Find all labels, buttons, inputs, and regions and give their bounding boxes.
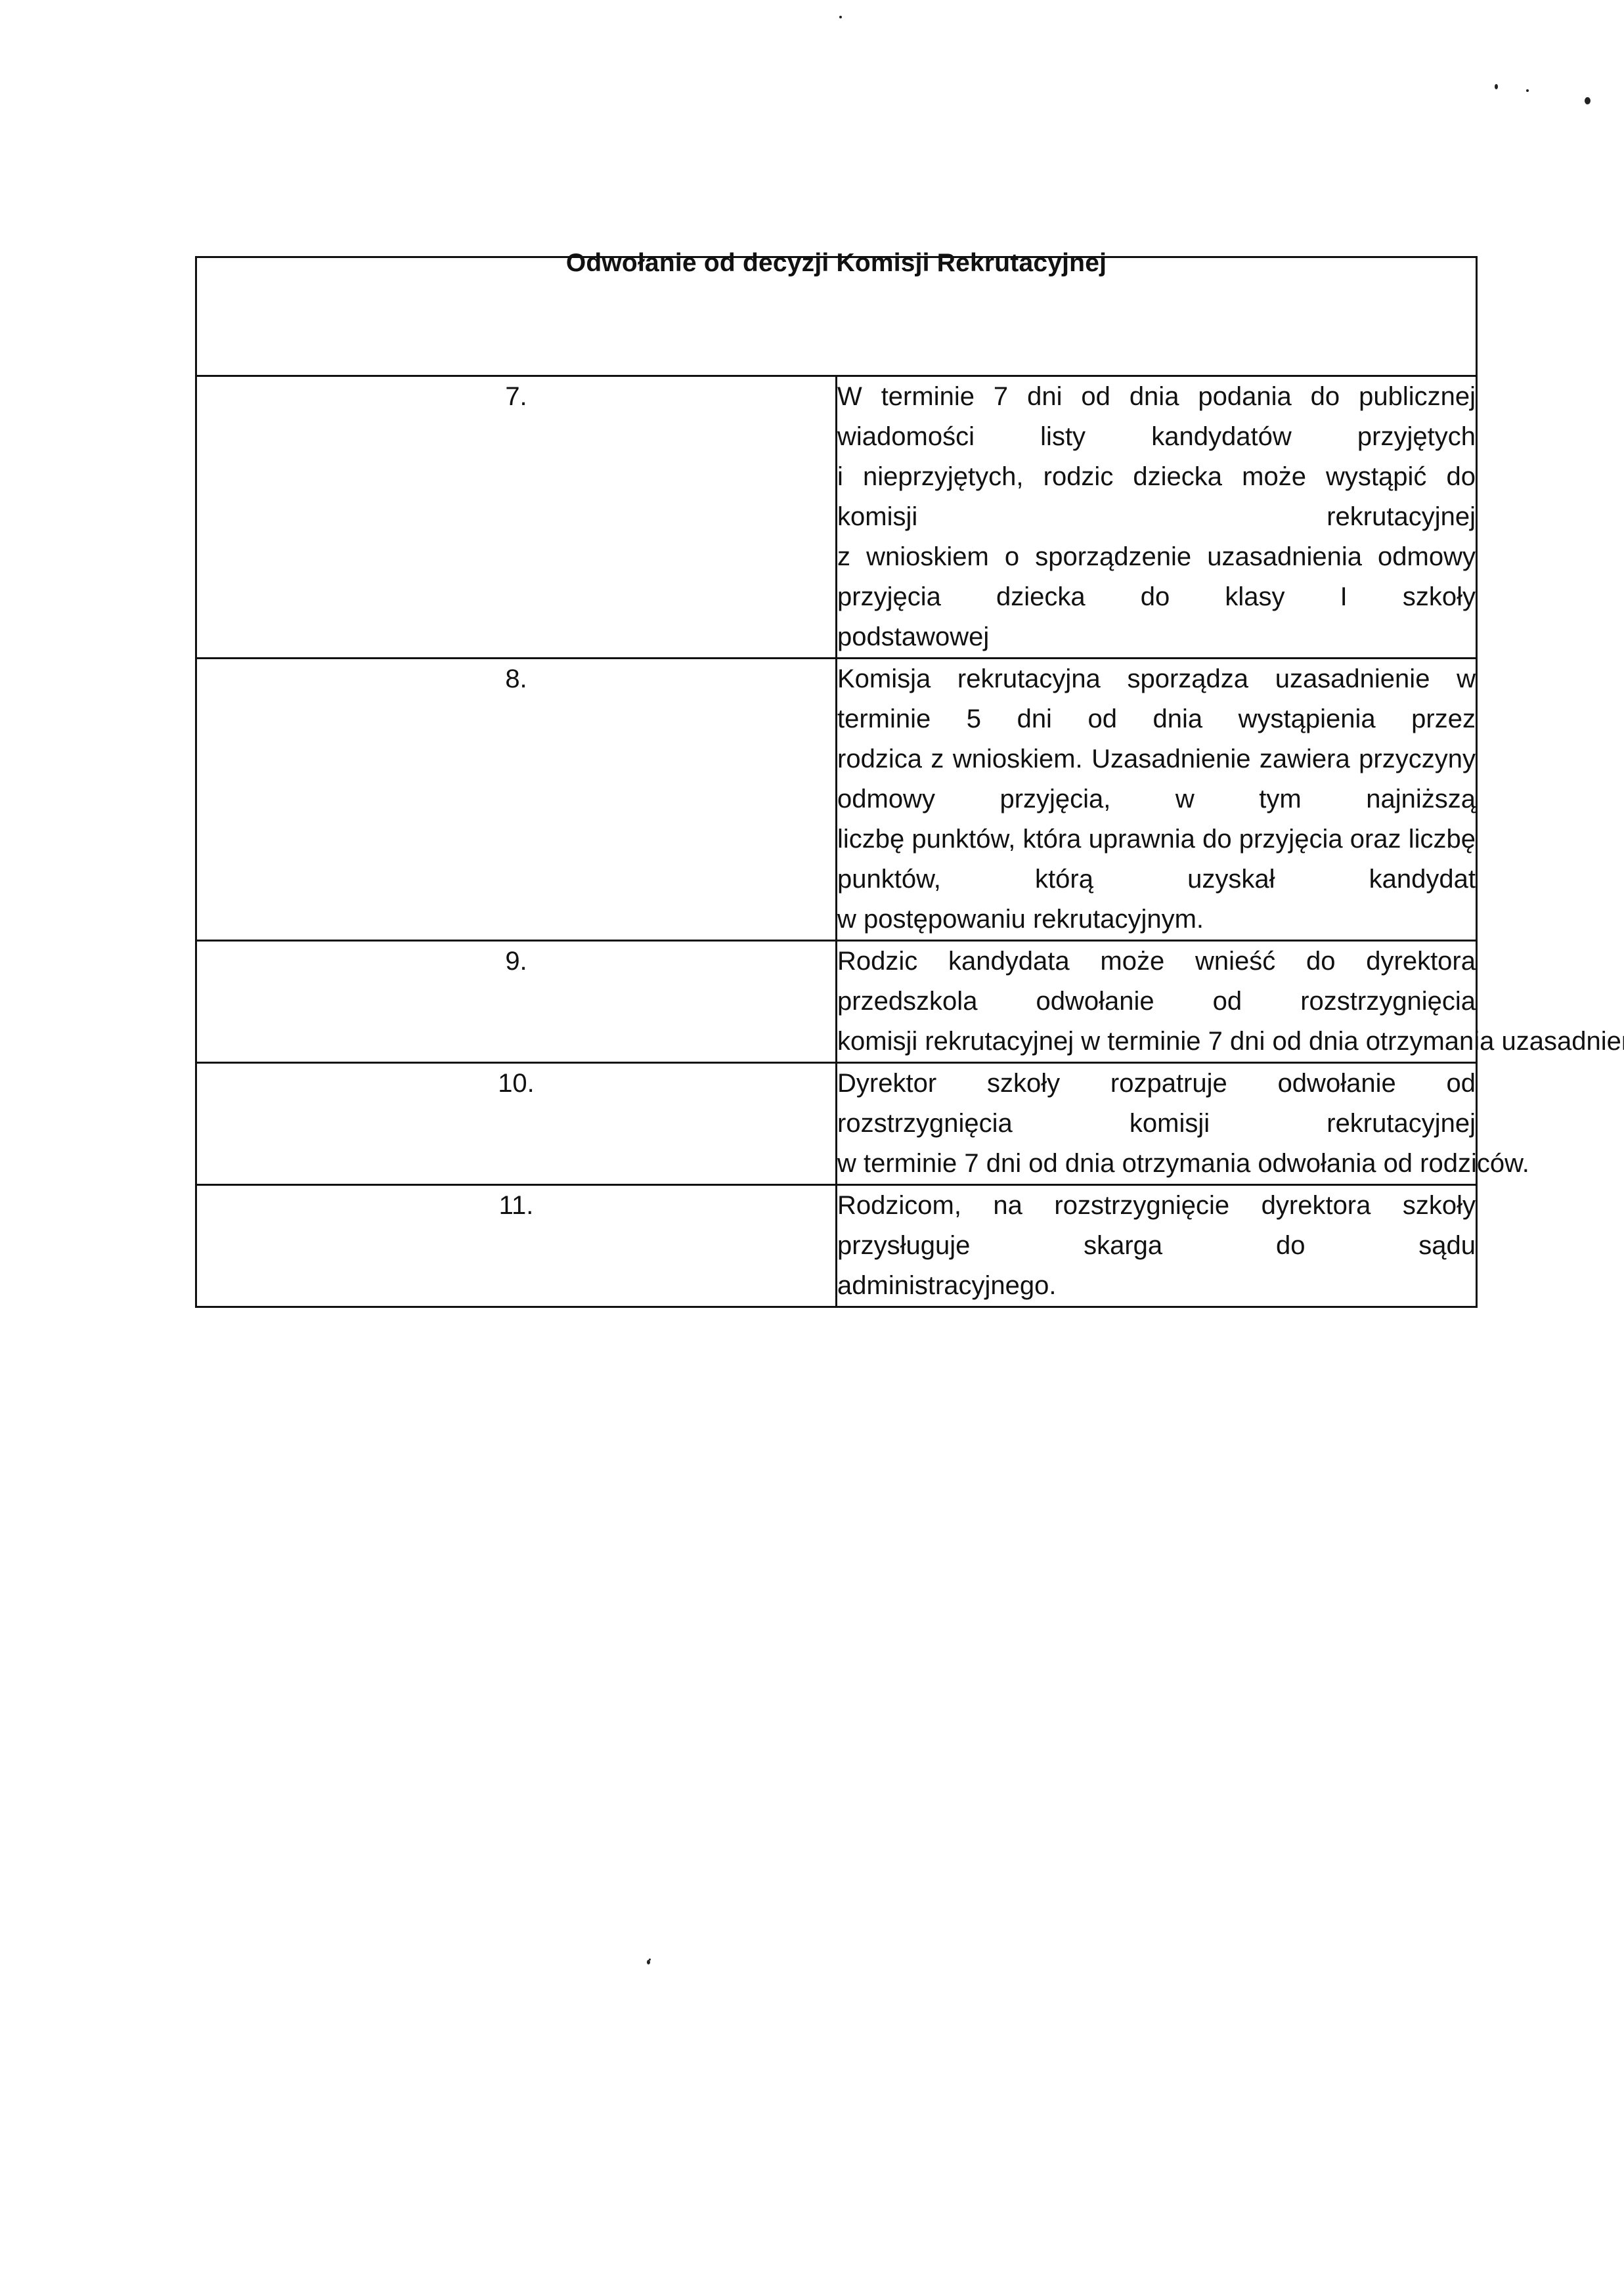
text-line: komisji rekrutacyjnej w terminie 7 dni o… [837,1022,1476,1062]
text-line: rodzica z wnioskiem. Uzasadnienie zawier… [837,739,1476,819]
row-text: Rodzicom, na rozstrzygnięcie dyrektora s… [837,1185,1477,1307]
text-line: administracyjnego. [837,1266,1476,1306]
scan-speck [649,1959,651,1960]
scan-speck [839,16,842,18]
scan-speck [1585,97,1591,104]
row-text: Komisja rekrutacyjna sporządza uzasadnie… [837,659,1477,941]
text-line: w postępowaniu rekrutacyjnym. [837,899,1476,940]
table-header-cell: Odwołanie od decyzji Komisji Rekrutacyjn… [196,257,1477,376]
row-text: Rodzic kandydata może wnieść do dyrektor… [837,941,1477,1063]
table-row: 9. Rodzic kandydata może wnieść do dyrek… [196,941,1477,1063]
text-line: W terminie 7 dni od dnia podania do publ… [837,377,1476,457]
table-row: 8. Komisja rekrutacyjna sporządza uzasad… [196,659,1477,941]
text-line: Rodzicom, na rozstrzygnięcie dyrektora s… [837,1186,1476,1266]
text-line: Dyrektor szkoły rozpatruje odwołanie od … [837,1064,1476,1144]
text-line: podstawowej [837,617,1476,657]
row-number: 10. [196,1063,837,1185]
section-title: Odwołanie od decyzji Komisji Rekrutacyjn… [566,249,1107,277]
text-line: liczbę punktów, która uprawnia do przyję… [837,819,1476,899]
row-number: 7. [196,376,837,659]
row-number: 9. [196,941,837,1063]
text-line: Rodzic kandydata może wnieść do dyrektor… [837,942,1476,1022]
scan-speck [647,1960,650,1964]
row-text: Dyrektor szkoły rozpatruje odwołanie od … [837,1063,1477,1185]
row-number: 8. [196,659,837,941]
scan-speck [1526,89,1529,92]
row-number: 11. [196,1185,837,1307]
table-row: 7. W terminie 7 dni od dnia podania do p… [196,376,1477,659]
text-line: w terminie 7 dni od dnia otrzymania odwo… [837,1144,1476,1184]
appeal-procedure-table: Odwołanie od decyzji Komisji Rekrutacyjn… [195,256,1478,1308]
table-row: 10. Dyrektor szkoły rozpatruje odwołanie… [196,1063,1477,1185]
table-header-row: Odwołanie od decyzji Komisji Rekrutacyjn… [196,257,1477,376]
row-text: W terminie 7 dni od dnia podania do publ… [837,376,1477,659]
scan-speck [1495,84,1498,89]
text-line: Komisja rekrutacyjna sporządza uzasadnie… [837,659,1476,739]
text-line: z wnioskiem o sporządzenie uzasadnienia … [837,537,1476,617]
appeal-procedure-table-container: Odwołanie od decyzji Komisji Rekrutacyjn… [195,256,1478,1308]
table-row: 11. Rodzicom, na rozstrzygnięcie dyrekto… [196,1185,1477,1307]
text-line: i nieprzyjętych, rodzic dziecka może wys… [837,457,1476,537]
